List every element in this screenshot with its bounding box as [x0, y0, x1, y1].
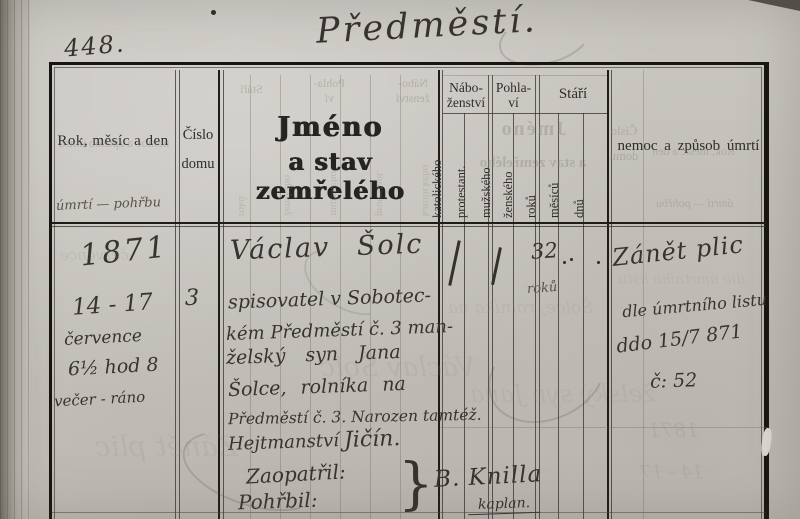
entry-district-town: Jičín.	[344, 426, 401, 453]
header-bottom-rule	[52, 222, 766, 224]
group-header-bottom-rule	[443, 113, 607, 114]
header-cause-label: nemoc a způsob úmrtí	[611, 138, 766, 155]
bleedthrough-rule	[440, 427, 770, 428]
entry-age-unit: roků	[527, 280, 558, 297]
header-sex-label-2: ví	[492, 95, 535, 111]
header-house-label-2: domu	[178, 156, 218, 173]
header-bottom-rule	[52, 226, 766, 227]
group-header-top-rule	[443, 75, 607, 76]
book-binding-edge	[0, 0, 30, 519]
header-age-label: Stáří	[539, 86, 607, 103]
page-number: 448.	[63, 29, 127, 62]
empty-cell-dot	[570, 258, 573, 261]
header-sex-label-1: Pohla-	[492, 80, 535, 96]
register-page-scan: 448. Předměstí. Rok, měsíc a den úmrtí —…	[0, 0, 800, 519]
entry-cause-line4: č: 52	[650, 369, 698, 393]
entry-month: července	[64, 326, 143, 350]
header-house-label-1: Číslo	[178, 127, 218, 144]
page-corner-shadow	[748, 0, 800, 11]
header-sex-sub-female: ženského	[501, 118, 517, 218]
ink-spot	[211, 10, 216, 15]
header-age-sub-days: dnů	[572, 118, 588, 218]
header-name-label-1: Jméno	[224, 112, 437, 143]
entry-signature-role: kaplan.	[468, 495, 541, 516]
header-age-sub-months: měsíců	[547, 118, 563, 218]
header-sex-sub-male: mužského	[479, 118, 495, 218]
header-date-label: Rok, měsíc a den	[52, 133, 174, 150]
empty-cell-dot	[563, 261, 566, 264]
entry-house-number: 3	[185, 286, 199, 311]
column-rule	[607, 70, 609, 519]
entry-brace: }	[398, 452, 434, 517]
header-age-sub-years: roků	[524, 118, 540, 218]
header-religion-sub-protestant: protestant.	[454, 118, 470, 218]
header-religion-label-2: ženství	[443, 95, 489, 111]
entry-age-years: 32	[530, 238, 558, 264]
column-rule	[175, 70, 176, 519]
header-religion-sub-catholic: katolického	[430, 118, 446, 218]
empty-cell-dot	[597, 261, 600, 264]
header-name-label-2: a stav zemřelého	[224, 147, 437, 205]
header-religion-label-1: Nábo-	[443, 80, 489, 96]
